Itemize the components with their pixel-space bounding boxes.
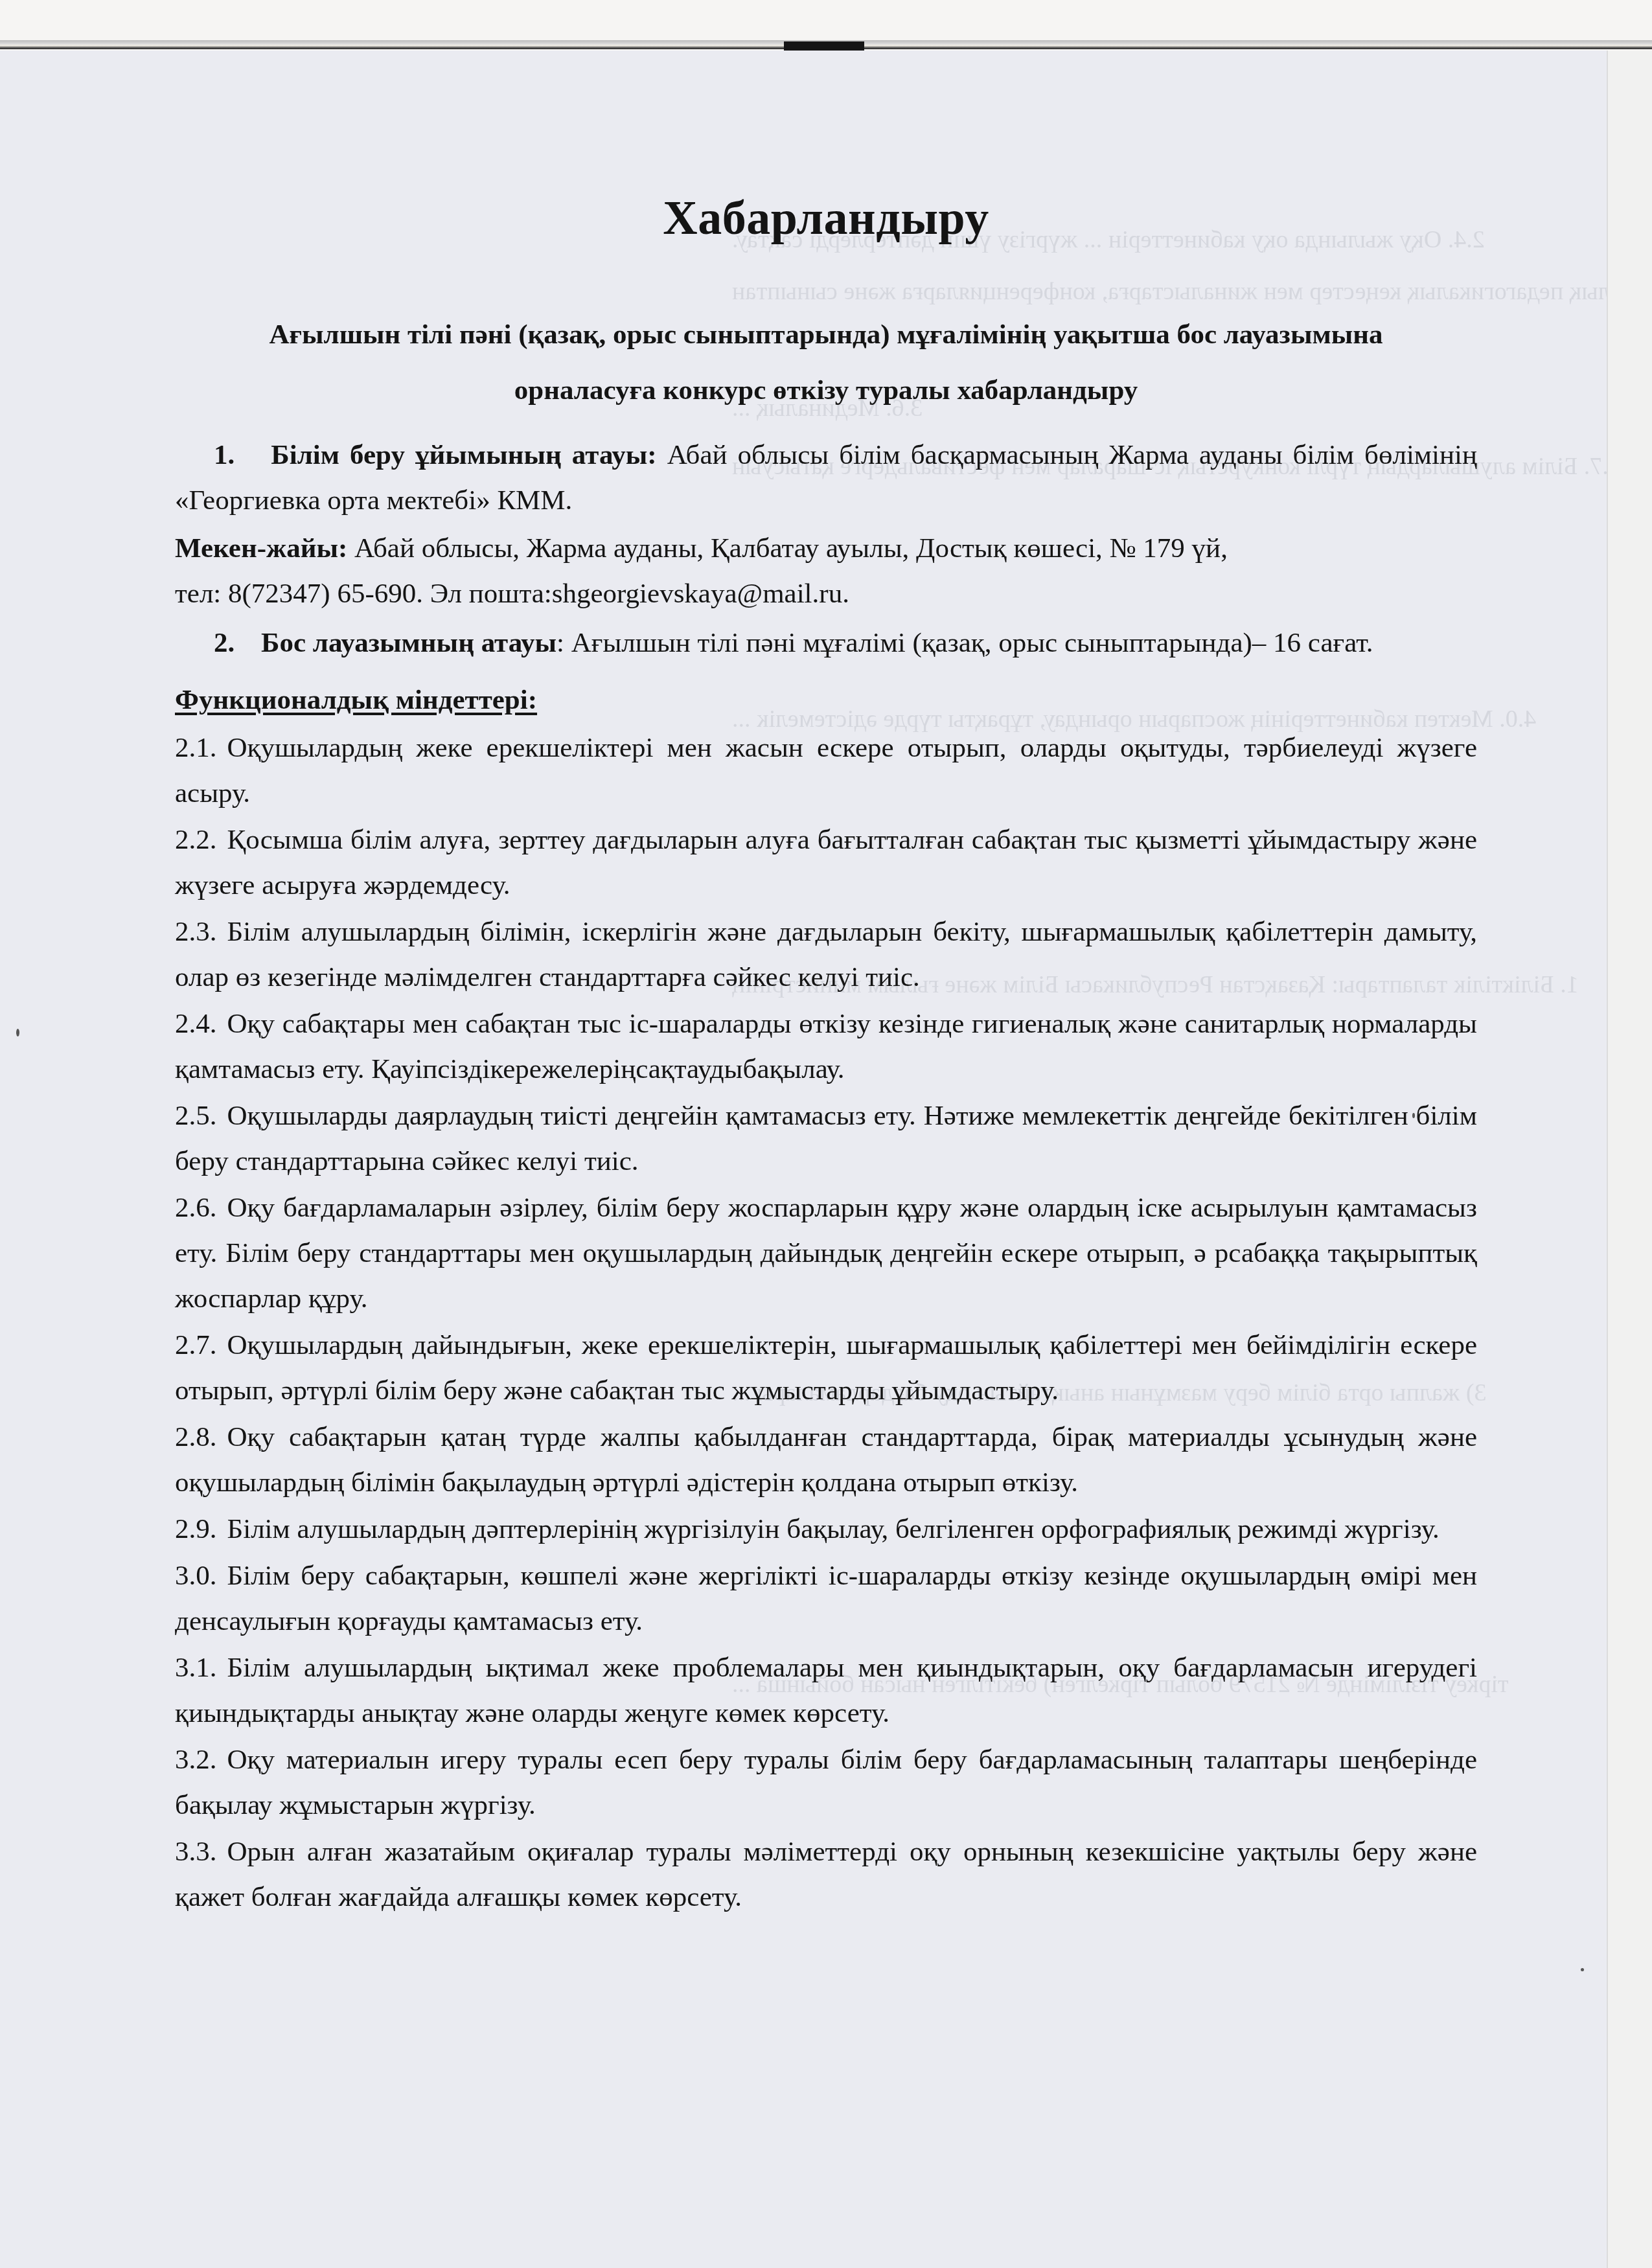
- duties-heading: Функционалдық міндеттері:: [175, 678, 1477, 723]
- address-value: Абай облысы, Жарма ауданы, Қалбатау ауыл…: [347, 533, 1228, 564]
- duty-number: 2.1.: [175, 733, 217, 763]
- duty-text: Оқушыларды даярлаудың тиісті деңгейін қа…: [175, 1101, 1477, 1176]
- scan-speck: [1581, 1968, 1584, 1971]
- duty-item: 2.8.Оқу сабақтарын қатаң түрде жалпы қаб…: [175, 1415, 1477, 1506]
- duty-item: 2.9.Білім алушылардың дәптерлерінің жүрг…: [175, 1507, 1477, 1552]
- duty-number: 3.3.: [175, 1837, 217, 1867]
- duty-item: 2.1.Оқушылардың жеке ерекшеліктері мен ж…: [175, 726, 1477, 816]
- duty-number: 2.8.: [175, 1422, 217, 1452]
- duty-number: 3.1.: [175, 1653, 217, 1683]
- document-title: Хабарландыру: [175, 194, 1477, 242]
- paper-page: 2.4. Оқу жылында оқу кабинеттерін ... жү…: [0, 51, 1607, 2268]
- duty-text: Оқу материалын игеру туралы есеп беру ту…: [175, 1745, 1477, 1820]
- address-paragraph: Мекен-жайы: Абай облысы, Жарма ауданы, Қ…: [175, 526, 1477, 571]
- organization-paragraph: 1. Білім беру ұйымының атауы: Абай облыс…: [175, 433, 1477, 523]
- address-label: Мекен-жайы:: [175, 533, 347, 564]
- duty-number: 2.2.: [175, 825, 217, 855]
- position-number: 2.: [175, 628, 235, 658]
- duty-text: Білім алушылардың білімін, іскерлігін жә…: [175, 917, 1477, 992]
- contact-paragraph: тел: 8(72347) 65-690. Эл пошта:shgeorgie…: [175, 571, 1477, 617]
- duty-text: Орын алған жазатайым оқиғалар туралы мәл…: [175, 1837, 1477, 1912]
- duty-text: Білім алушылардың ықтимал жеке проблемал…: [175, 1653, 1477, 1728]
- position-label: Бос лауазымның атауы: [261, 628, 556, 658]
- duty-number: 2.6.: [175, 1193, 217, 1223]
- duty-text: Қосымша білім алуға, зерттеу дағдыларын …: [175, 825, 1477, 900]
- org-label: Білім беру ұйымының атауы:: [271, 440, 656, 470]
- duty-number: 2.7.: [175, 1330, 217, 1360]
- duty-text: Оқушылардың жеке ерекшеліктері мен жасын…: [175, 733, 1477, 808]
- duty-text: Оқушылардың дайындығын, жеке ерекшелікте…: [175, 1330, 1477, 1406]
- scan-speck: [16, 1029, 19, 1037]
- duty-text: Білім беру сабақтарын, көшпелі және жерг…: [175, 1561, 1477, 1636]
- document-body: Хабарландыру Ағылшын тілі пәні (қазақ, о…: [175, 194, 1477, 1921]
- position-value: : Ағылшын тілі пәні мұғалімі (қазақ, оры…: [556, 628, 1373, 658]
- subtitle-line-2: орналасуға конкурс өткізу туралы хабарла…: [175, 363, 1477, 418]
- duty-item: 2.5.Оқушыларды даярлаудың тиісті деңгейі…: [175, 1094, 1477, 1184]
- duty-number: 3.2.: [175, 1745, 217, 1775]
- scan-edge-tab: [784, 41, 864, 51]
- document-subtitle: Ағылшын тілі пәні (қазақ, орыс сыныптары…: [175, 307, 1477, 418]
- duty-text: Оқу бағдарламаларын әзірлеу, білім беру …: [175, 1193, 1477, 1314]
- duty-item: 3.0.Білім беру сабақтарын, көшпелі және …: [175, 1553, 1477, 1644]
- duty-item: 3.1.Білім алушылардың ықтимал жеке пробл…: [175, 1645, 1477, 1736]
- duty-number: 2.3.: [175, 917, 217, 947]
- duty-item: 3.3.Орын алған жазатайым оқиғалар туралы…: [175, 1829, 1477, 1920]
- duty-item: 2.2.Қосымша білім алуға, зерттеу дағдыла…: [175, 818, 1477, 908]
- contact-text: тел: 8(72347) 65-690. Эл пошта:shgeorgie…: [175, 578, 849, 609]
- duty-item: 2.7.Оқушылардың дайындығын, жеке ерекшел…: [175, 1323, 1477, 1414]
- duty-text: Оқу сабақтарын қатаң түрде жалпы қабылда…: [175, 1422, 1477, 1498]
- duty-item: 2.6.Оқу бағдарламаларын әзірлеу, білім б…: [175, 1186, 1477, 1322]
- scan-right-margin: [1607, 51, 1652, 2268]
- org-number: 1.: [175, 440, 235, 470]
- duty-number: 2.9.: [175, 1514, 217, 1544]
- duty-item: 2.3.Білім алушылардың білімін, іскерлігі…: [175, 910, 1477, 1000]
- duty-text: Білім алушылардың дәптерлерінің жүргізіл…: [227, 1514, 1440, 1544]
- subtitle-line-1: Ағылшын тілі пәні (қазақ, орыс сыныптары…: [175, 307, 1477, 363]
- duty-number: 3.0.: [175, 1561, 217, 1591]
- scan-top-margin: [0, 0, 1652, 40]
- duties-list: 2.1.Оқушылардың жеке ерекшеліктері мен ж…: [175, 726, 1477, 1920]
- duty-text: Оқу сабақтары мен сабақтан тыс іс-шарала…: [175, 1009, 1477, 1084]
- duty-number: 2.4.: [175, 1009, 217, 1039]
- duty-item: 2.4.Оқу сабақтары мен сабақтан тыс іс-ша…: [175, 1002, 1477, 1092]
- position-paragraph: 2. Бос лауазымның атауы: Ағылшын тілі пә…: [175, 621, 1477, 666]
- duty-item: 3.2.Оқу материалын игеру туралы есеп бер…: [175, 1737, 1477, 1828]
- duty-number: 2.5.: [175, 1101, 217, 1131]
